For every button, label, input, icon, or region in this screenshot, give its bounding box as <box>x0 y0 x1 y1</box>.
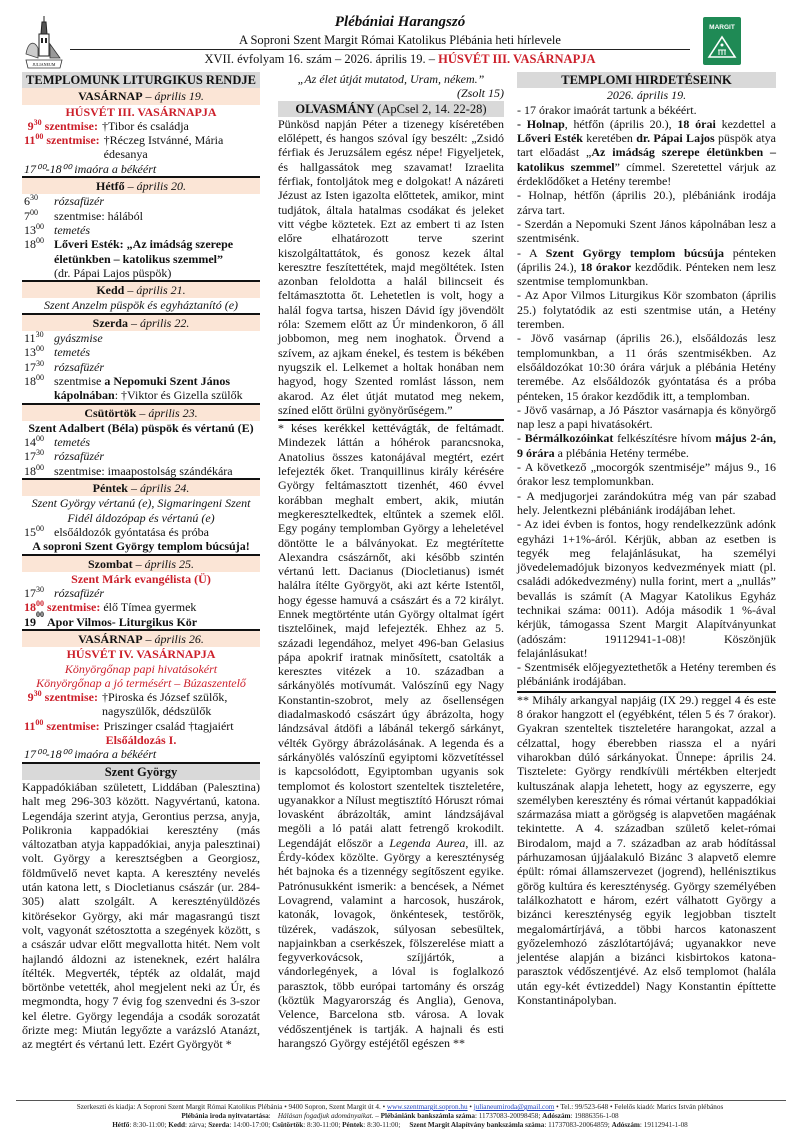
saint-biography-continued: * késes kerékkel kettévágták, de feltáma… <box>278 421 504 1050</box>
schedule-entry: 1800szentmise a Nepomuki Szent János káp… <box>22 374 260 403</box>
website-link[interactable]: www.szentmargit.sopron.hu <box>387 1103 468 1111</box>
psalm-quote: „Az élet útját mutatod, Uram, nékem.” <box>278 72 504 86</box>
schedule-entry: 1730rózsafüzér <box>22 586 260 600</box>
feast-highlight: A soproni Szent György templom búcsúja! <box>22 539 260 553</box>
feast-name: Szent Adalbert (Béla) püspök és vértanú … <box>22 421 260 435</box>
footer-divider <box>16 1100 786 1101</box>
issue-line: XVII. évfolyam 16. szám – 2026. április … <box>0 52 800 67</box>
mass-entry: 930 szentmise:†Tibor és családja <box>22 119 260 133</box>
announcement-item: - A medjugorjei zarándokútra még van pár… <box>517 489 776 518</box>
announcement-item: - Jövő vasárnap, a Jó Pásztor vasárnapja… <box>517 403 776 432</box>
saint-biography-end: ** Mihály arkangyal napjáig (IX 29.) reg… <box>517 693 776 1008</box>
prayer-hour-entry: 17⁰⁰-18⁰⁰ imaóra a békéért <box>22 162 260 176</box>
feast-name: HÚSVÉT IV. VASÁRNAPJA <box>22 647 260 661</box>
saint-biography: Kappadókiában született, Liddában (Pales… <box>22 780 260 1052</box>
szent-margit-logo: MARGIT <box>703 17 741 65</box>
feast-subtitle: Könyörgőnap papi hivatásokért <box>22 662 260 676</box>
day-header-tuesday: Kedd – április 21. <box>22 282 260 298</box>
mass-entry: 1100 szentmise:Priszinger család †tagjai… <box>22 719 260 733</box>
svg-text:MARGIT: MARGIT <box>709 24 735 31</box>
announcement-item: - A következő „mocorgók szentmiséje” máj… <box>517 460 776 489</box>
liturgy-section-title: TEMPLOMUNK LITURGIKUS RENDJE <box>22 72 260 88</box>
schedule-entry: 1300temetés <box>22 345 260 359</box>
announcement-list: - 17 órakor imaórát tartunk a békéért.- … <box>517 103 776 689</box>
schedule-entry: 1800szentmise: imaapostolság szándékára <box>22 464 260 478</box>
day-header-sunday-19: VASÁRNAP – április 19. <box>22 88 260 104</box>
announcement-item: - 17 órakor imaórát tartunk a békéért. <box>517 103 776 117</box>
announcement-item: - Szentmisék előjegyeztethetők a Hetény … <box>517 660 776 689</box>
feast-name: HÚSVÉT III. VASÁRNAPJA <box>22 105 260 119</box>
schedule-entry: 1730rózsafüzér <box>22 449 260 463</box>
issue-feast: HÚSVÉT III. VASÁRNAPJA <box>438 52 595 66</box>
feast-name: Szent Márk evangélista (Ü) <box>22 572 260 586</box>
announcement-item: - Az Apor Vilmos Liturgikus Kör szombato… <box>517 288 776 331</box>
schedule-entry: 700szentmise: hálából <box>22 209 260 223</box>
mass-entry: 1100 szentmise:†Réczeg Istvánné, Mária é… <box>22 133 260 162</box>
schedule-entry: 1800Lőveri Esték: „Az imádság szerepe él… <box>22 237 260 280</box>
email-link[interactable]: julianeumiroda@gmail.com <box>474 1103 555 1111</box>
feast-name: Szent György vértanú (e), Sigmaringeni S… <box>22 496 260 525</box>
footer: Szerkeszti és kiadja: A Soproni Szent Ma… <box>0 1103 800 1130</box>
liturgy-column: TEMPLOMUNK LITURGIKUS RENDJE VASÁRNAP – … <box>22 72 260 1052</box>
reading-column: „Az élet útját mutatod, Uram, nékem.” (Z… <box>278 72 504 1050</box>
mass-entry: 930 szentmise:†Piroska és József szülők,… <box>22 690 260 719</box>
schedule-entry: 1900 Apor Vilmos- Liturgikus Kör <box>22 615 260 629</box>
schedule-entry: 630rózsafüzér <box>22 194 260 208</box>
masthead: JULIANEUM Plébániai Harangszó A Soproni … <box>0 0 800 68</box>
schedule-entry: 1130gyászmise <box>22 331 260 345</box>
announcements-title: TEMPLOMI HIRDETÉSEINK <box>517 72 776 88</box>
reading-title: OLVASMÁNY (ApCsel 2, 14. 22-28) <box>278 101 504 117</box>
day-header-thursday: Csütörtök – április 23. <box>22 405 260 421</box>
day-header-friday: Péntek – április 24. <box>22 480 260 496</box>
psalm-reference: (Zsolt 15) <box>278 86 504 100</box>
day-header-saturday: Szombat – április 25. <box>22 556 260 572</box>
announcement-item: - A Szent György templom búcsúja pénteke… <box>517 246 776 289</box>
announcement-item: - Szerdán a Nepomuki Szent János kápolná… <box>517 217 776 246</box>
issue-info: XVII. évfolyam 16. szám – 2026. április … <box>205 52 439 66</box>
announcement-item: - Bérmálkozóinkat felkészítésre hívom má… <box>517 431 776 460</box>
feast-subtitle: Könyörgőnap a jó termésért – Búzaszentel… <box>22 676 260 690</box>
newsletter-subtitle: A Soproni Szent Margit Római Katolikus P… <box>0 33 800 48</box>
prayer-hour-entry: 17⁰⁰-18⁰⁰ imaóra a békéért <box>22 747 260 761</box>
schedule-entry: 1730rózsafüzér <box>22 360 260 374</box>
day-header-sunday-26: VASÁRNAP – április 26. <box>22 631 260 647</box>
day-header-wednesday: Szerda – április 22. <box>22 315 260 331</box>
day-header-monday: Hétfő – április 20. <box>22 178 260 194</box>
footer-office-bank-line: Plébánia iroda nyitvatartása: Hálásan fo… <box>0 1112 800 1121</box>
feast-highlight: Elsőáldozás I. <box>22 733 260 747</box>
newsletter-title: Plébániai Harangszó <box>0 14 800 31</box>
reading-text: Pünkösd napján Péter a tizenegy kíséreté… <box>278 117 504 417</box>
announcement-item: - Holnap, hétfőn (április 20.), plébániá… <box>517 188 776 217</box>
footer-publisher-line: Szerkeszti és kiadja: A Soproni Szent Ma… <box>0 1103 800 1112</box>
footer-hours-line: Hétfő: 8:30-11:00; Kedd: zárva; Szerda: … <box>0 1121 800 1130</box>
announcements-date: 2026. április 19. <box>517 88 776 102</box>
feast-name: Szent Anzelm püspök és egyháztanító (e) <box>22 298 260 312</box>
announcement-item: - Jövő vasárnap (április 26.), elsőáldoz… <box>517 331 776 402</box>
schedule-entry: 1500elsőáldozók gyóntatása és próba <box>22 525 260 539</box>
masthead-divider <box>70 49 690 50</box>
schedule-entry: 1400temetés <box>22 435 260 449</box>
mass-entry: 1800 szentmise: élő Tímea gyermek <box>22 600 260 614</box>
announcement-item: - Az idei évben is fontos, hogy rendelke… <box>517 517 776 660</box>
schedule-entry: 1300temetés <box>22 223 260 237</box>
announcements-column: TEMPLOMI HIRDETÉSEINK 2026. április 19. … <box>517 72 776 1007</box>
szent-margit-logo-icon: MARGIT <box>703 17 741 65</box>
saint-section-title: Szent György <box>22 764 260 780</box>
announcement-item: - Holnap, hétfőn (április 20.), 18 órai … <box>517 117 776 188</box>
